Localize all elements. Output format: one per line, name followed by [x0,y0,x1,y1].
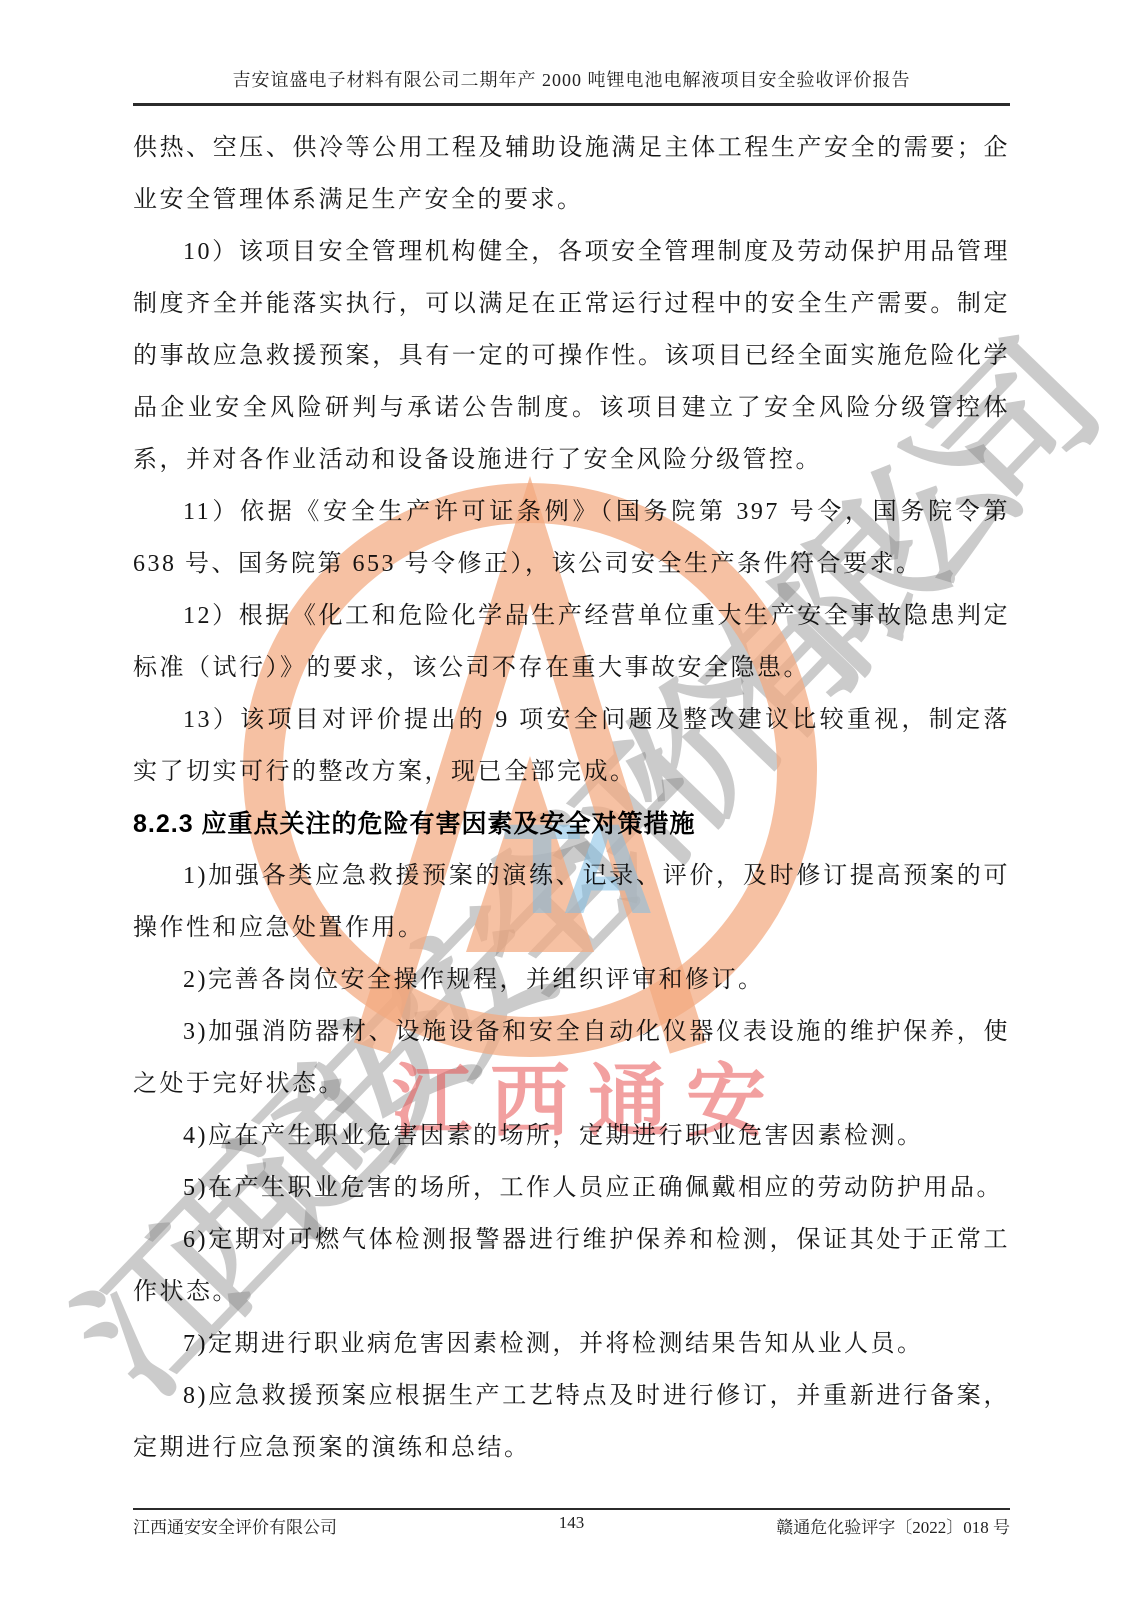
report-header-title: 吉安谊盛电子材料有限公司二期年产 2000 吨锂电池电解液项目安全验收评价报告 [133,66,1010,92]
paragraph: 2)完善各岗位安全操作规程，并组织评审和修订。 [133,954,1010,1006]
footer-rule [133,1508,1010,1510]
paragraph: 6)定期对可燃气体检测报警器进行维护保养和检测，保证其处于正常工作状态。 [133,1214,1010,1318]
footer-doc-number: 赣通危化验评字〔2022〕018 号 [776,1513,1010,1538]
header-rule [133,103,1010,106]
section-heading: 8.2.3 应重点关注的危险有害因素及安全对策措施 [133,798,1010,850]
document-body: 供热、空压、供冷等公用工程及辅助设施满足主体工程生产安全的需要；企业安全管理体系… [133,122,1010,1474]
paragraph: 4)应在产生职业危害因素的场所，定期进行职业危害因素检测。 [133,1110,1010,1162]
paragraph: 10）该项目安全管理机构健全，各项安全管理制度及劳动保护用品管理制度齐全并能落实… [133,226,1010,486]
paragraph: 5)在产生职业危害的场所，工作人员应正确佩戴相应的劳动防护用品。 [133,1162,1010,1214]
paragraph: 11）依据《安全生产许可证条例》（国务院第 397 号令，国务院令第 638 号… [133,486,1010,590]
document-page: 吉安谊盛电子材料有限公司二期年产 2000 吨锂电池电解液项目安全验收评价报告 … [0,0,1129,1600]
paragraph: 1)加强各类应急救援预案的演练、记录、评价，及时修订提高预案的可操作性和应急处置… [133,850,1010,954]
paragraph: 13）该项目对评价提出的 9 项安全问题及整改建议比较重视，制定落实了切实可行的… [133,694,1010,798]
paragraph: 3)加强消防器材、设施设备和安全自动化仪器仪表设施的维护保养，使之处于完好状态。 [133,1006,1010,1110]
paragraph: 供热、空压、供冷等公用工程及辅助设施满足主体工程生产安全的需要；企业安全管理体系… [133,122,1010,226]
paragraph: 7)定期进行职业病危害因素检测，并将检测结果告知从业人员。 [133,1318,1010,1370]
paragraph: 8)应急救援预案应根据生产工艺特点及时进行修订，并重新进行备案，定期进行应急预案… [133,1370,1010,1474]
paragraph: 12）根据《化工和危险化学品生产经营单位重大生产安全事故隐患判定标准（试行）》的… [133,590,1010,694]
